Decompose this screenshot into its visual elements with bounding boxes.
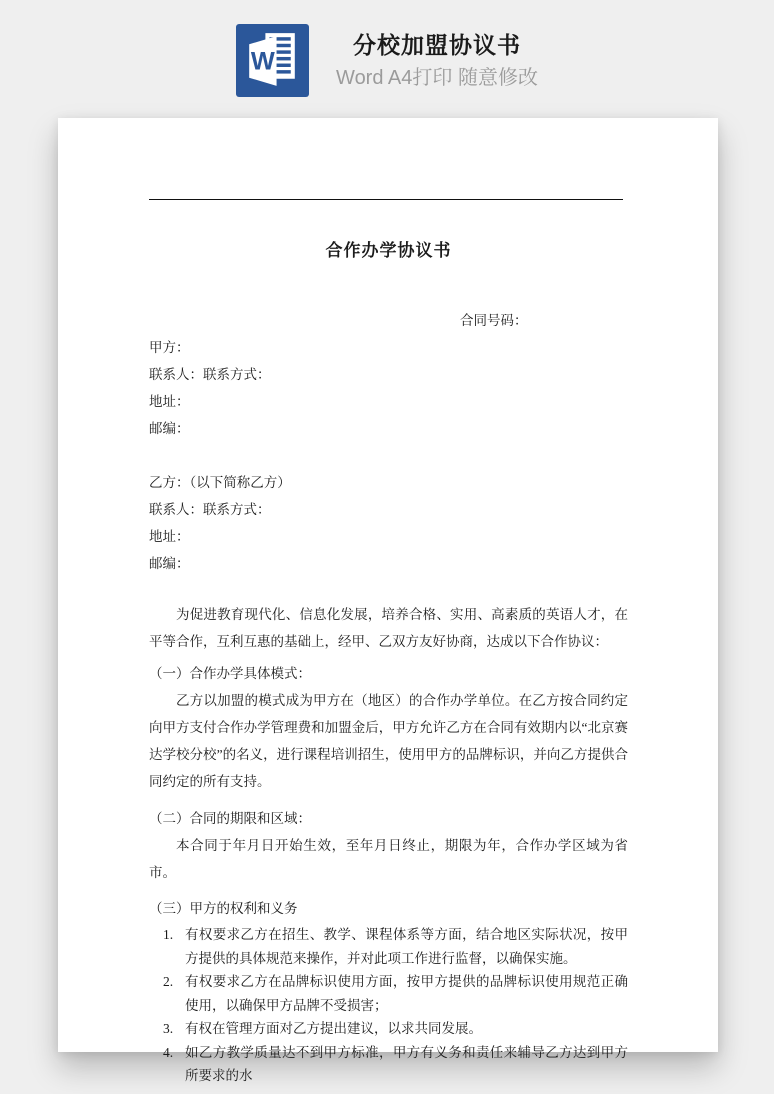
header-divider-line xyxy=(149,199,623,200)
list-item-number: 3. xyxy=(163,1017,173,1041)
file-subtitle: Word A4打印 随意修改 xyxy=(336,65,538,91)
template-preview-page: W 分校加盟协议书 Word A4打印 随意修改 合作办学协议书 合同号码： 甲… xyxy=(0,0,774,1094)
party-b-block: 乙方：（以下简称乙方） 联系人：联系方式： 地址： 邮编： xyxy=(149,469,628,577)
section-2-body: 本合同于年月日开始生效，至年月日终止，期限为年，合作办学区域为省市。 xyxy=(149,832,628,886)
party-a-contact: 联系人：联系方式： xyxy=(149,361,628,388)
section-1-heading: （一）合作办学具体模式： xyxy=(149,660,628,687)
document-title: 合作办学协议书 xyxy=(149,240,628,262)
party-b-address: 地址： xyxy=(149,523,628,550)
file-title: 分校加盟协议书 xyxy=(353,30,521,60)
section-1-body: 乙方以加盟的模式成为甲方在（地区）的合作办学单位。在乙方按合同约定向甲方支付合作… xyxy=(149,687,628,795)
party-a-address: 地址： xyxy=(149,388,628,415)
list-item: 3. 有权在管理方面对乙方提出建议，以求共同发展。 xyxy=(149,1017,628,1041)
list-item: 2. 有权要求乙方在品牌标识使用方面，按甲方提供的品牌标识使用规范正确使用，以确… xyxy=(149,970,628,1017)
list-item-number: 4. xyxy=(163,1041,173,1065)
party-b-zipcode: 邮编： xyxy=(149,550,628,577)
list-item-number: 1. xyxy=(163,923,173,947)
party-b-name: 乙方：（以下简称乙方） xyxy=(149,469,628,496)
header-text: 分校加盟协议书 Word A4打印 随意修改 xyxy=(336,30,538,91)
preview-header: W 分校加盟协议书 Word A4打印 随意修改 xyxy=(0,24,774,97)
list-item-text: 有权在管理方面对乙方提出建议，以求共同发展。 xyxy=(185,1021,482,1036)
word-icon: W xyxy=(236,24,309,97)
contract-number-label: 合同号码： xyxy=(460,312,628,330)
party-a-zipcode: 邮编： xyxy=(149,415,628,442)
list-item: 4. 如乙方教学质量达不到甲方标准，甲方有义务和责任来辅导乙方达到甲方所要求的水 xyxy=(149,1041,628,1088)
party-a-block: 甲方： 联系人：联系方式： 地址： 邮编： xyxy=(149,334,628,442)
section-2-heading: （二）合同的期限和区域： xyxy=(149,805,628,832)
section-3-heading: （三）甲方的权利和义务 xyxy=(149,895,628,922)
document-content: 合作办学协议书 合同号码： 甲方： 联系人：联系方式： 地址： 邮编： 乙方：（… xyxy=(149,118,628,1088)
section-3-list: 1. 有权要求乙方在招生、教学、课程体系等方面，结合地区实际状况，按甲方提供的具… xyxy=(149,923,628,1088)
party-b-contact: 联系人：联系方式： xyxy=(149,496,628,523)
list-item: 1. 有权要求乙方在招生、教学、课程体系等方面，结合地区实际状况，按甲方提供的具… xyxy=(149,923,628,970)
list-item-number: 2. xyxy=(163,970,173,994)
party-a-name: 甲方： xyxy=(149,334,628,361)
svg-text:W: W xyxy=(251,48,275,76)
list-item-text: 如乙方教学质量达不到甲方标准，甲方有义务和责任来辅导乙方达到甲方所要求的水 xyxy=(185,1045,628,1084)
document-page: 合作办学协议书 合同号码： 甲方： 联系人：联系方式： 地址： 邮编： 乙方：（… xyxy=(58,118,718,1052)
list-item-text: 有权要求乙方在招生、教学、课程体系等方面，结合地区实际状况，按甲方提供的具体规范… xyxy=(185,927,628,966)
intro-paragraph: 为促进教育现代化、信息化发展，培养合格、实用、高素质的英语人才，在平等合作，互利… xyxy=(149,601,628,655)
list-item-text: 有权要求乙方在品牌标识使用方面，按甲方提供的品牌标识使用规范正确使用，以确保甲方… xyxy=(185,974,628,1013)
